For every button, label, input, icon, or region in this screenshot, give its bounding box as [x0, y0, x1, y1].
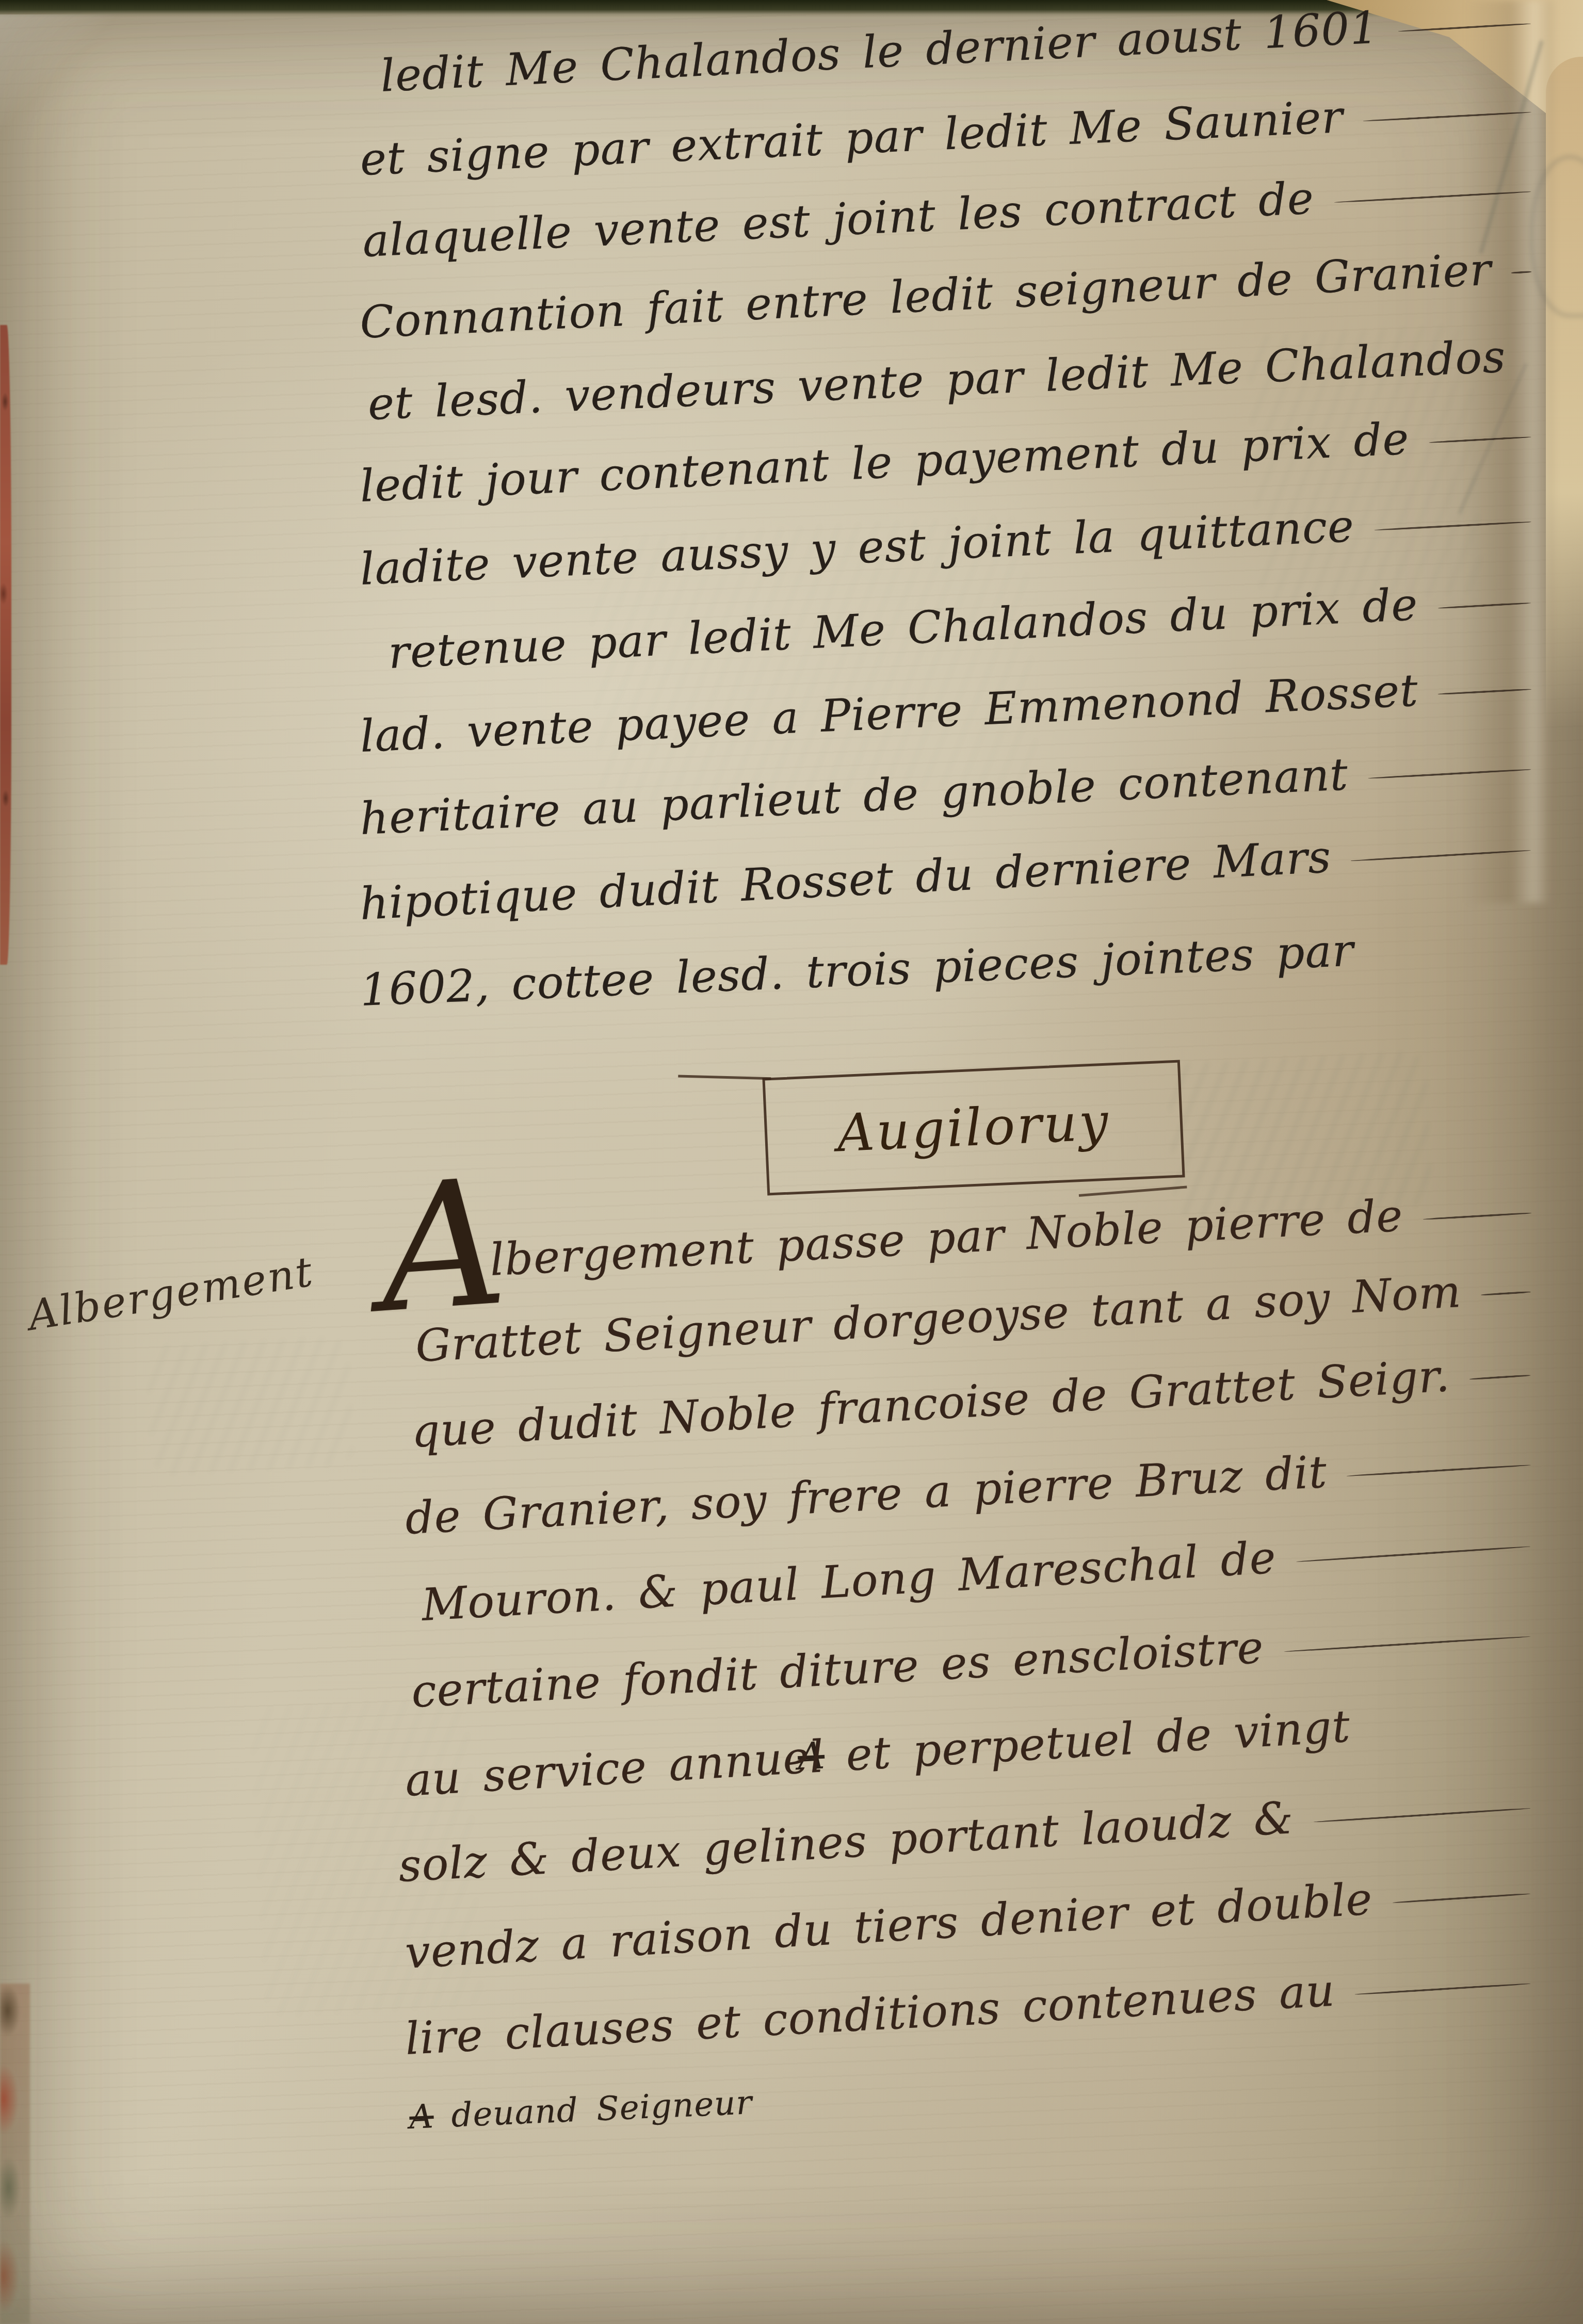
marbled-fore-edge-upper [0, 325, 11, 965]
line-text: alaquelle vente est joint les contract d… [362, 173, 1315, 266]
line-filler-dash [1363, 111, 1531, 122]
line-filler-dash [1334, 191, 1531, 204]
line-text: certaine fondit diture es enscloistre [410, 1623, 1265, 1717]
line-filler-dash [1392, 1893, 1530, 1904]
ink-bleedthrough [147, 1336, 354, 1475]
line-filler-dash [1438, 688, 1531, 695]
line-filler-dash [1283, 1635, 1530, 1652]
line-text: hipotique dudit Rosset du derniere Mars [359, 832, 1332, 929]
line-filler-dash [1351, 850, 1531, 862]
line-filler-dash [1481, 1291, 1531, 1296]
manuscript-line: hipotique dudit Rosset du derniere Mars [359, 822, 1535, 929]
line-filler-dash [1511, 271, 1532, 274]
boxed-section-heading: Augiloruy [762, 1060, 1185, 1195]
line-text: de Granier, soy frere a pierre Bruz dit [404, 1448, 1328, 1544]
manuscript-page-photo: ledit Me Chalandos le dernier aoust 1601… [0, 0, 1583, 2324]
line-text: ledit Me Chalandos le dernier aoust 1601 [379, 3, 1380, 102]
line-text: 1602, cottee lesd. trois pieces jointes … [359, 926, 1354, 1016]
marbled-fore-edge-lower [0, 1984, 30, 2324]
boxed-heading-text: Augiloruy [836, 1096, 1111, 1159]
line-filler-dash [1347, 1464, 1531, 1477]
line-filler-dash [1374, 521, 1531, 531]
paper-crease [0, 14, 165, 133]
insertion-text: deuand Seigneur [450, 2085, 753, 2135]
line-text: lbergement passe par Noble pierre de [489, 1191, 1404, 1286]
line-text: ledit jour contenant le payement du prix… [359, 414, 1411, 512]
manuscript-line: 1602, cottee lesd. trois pieces jointes … [359, 919, 1536, 1016]
line-text: Mouron. & paul Long Mareschal de [421, 1533, 1278, 1631]
line-filler-dash [1429, 436, 1531, 444]
line-text: lire clauses et conditions contenues au [404, 1966, 1336, 2065]
margin-note: Albergement [25, 1251, 316, 1337]
line-filler-dash [1368, 769, 1531, 779]
manuscript-insertion-line: A deuand Seigneur [409, 2085, 753, 2137]
line-filler-dash [1398, 23, 1531, 32]
manuscript-line: lire clauses et conditions contenues au [404, 1956, 1535, 2065]
line-filler-dash [1469, 1374, 1531, 1380]
line-text: et signe par extrait par ledit Me Saunie… [359, 92, 1344, 185]
line-text: que dudit Noble francoise de Grattet Sei… [410, 1351, 1451, 1457]
line-text: Grattet Seigneur dorgeoyse tant a soy No… [414, 1267, 1462, 1371]
line-filler-dash [1313, 1808, 1530, 1823]
line-text: vendz a raison du tiers denier et double [404, 1874, 1374, 1978]
line-filler-dash [1296, 1546, 1530, 1563]
insertion-sign: A [409, 2099, 434, 2137]
line-text: au service annuel et perpetuel de vingt [403, 1702, 1351, 1806]
manuscript-line: et signe par extrait par ledit Me Saunie… [359, 84, 1536, 185]
line-filler-dash [1423, 1212, 1531, 1221]
line-text: solz & deux gelines portant laoudz & [397, 1793, 1295, 1891]
line-filler-dash [1437, 602, 1531, 609]
line-filler-dash [1354, 1982, 1530, 1995]
